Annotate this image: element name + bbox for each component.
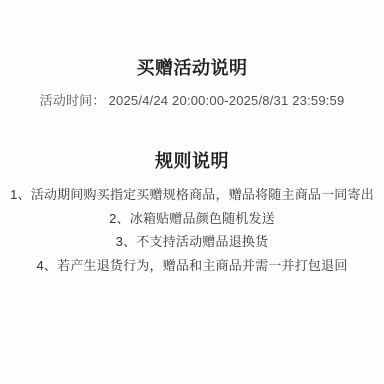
promo-description-page: 买赠活动说明 活动时间：2025/4/24 20:00:00-2025/8/31… (0, 0, 384, 384)
rule-item-2: 2、冰箱贴赠品颜色随机发送 (6, 207, 378, 231)
activity-time-label: 活动时间： (40, 93, 106, 108)
activity-time: 活动时间：2025/4/24 20:00:00-2025/8/31 23:59:… (0, 92, 384, 109)
rules-heading: 规则说明 (0, 151, 384, 172)
rule-item-1: 1、活动期间购买指定买赠规格商品，赠品将随主商品一同寄出 (6, 183, 378, 207)
rule-item-3: 3、不支持活动赠品退换货 (6, 230, 378, 254)
rules-list: 1、活动期间购买指定买赠规格商品，赠品将随主商品一同寄出 2、冰箱贴赠品颜色随机… (0, 183, 384, 277)
page-title: 买赠活动说明 (0, 57, 384, 79)
activity-time-value: 2025/4/24 20:00:00-2025/8/31 23:59:59 (109, 93, 345, 108)
rule-item-4: 4、若产生退货行为，赠品和主商品并需一并打包退回 (6, 254, 378, 278)
